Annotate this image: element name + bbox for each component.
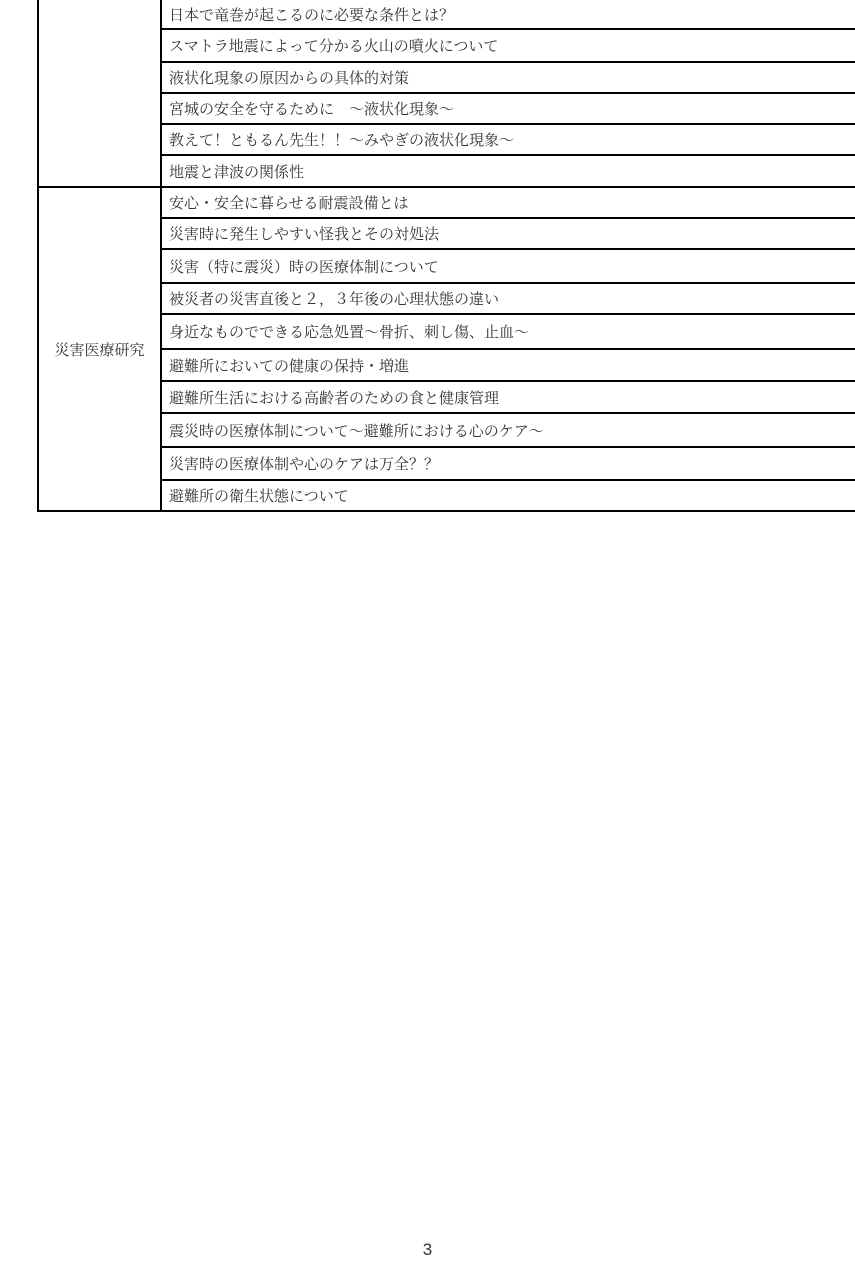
topic-cell: 災害（特に震災）時の医療体制について <box>161 249 855 283</box>
category-cell: 災害医療研究 <box>38 187 161 511</box>
table-row: 身近なものでできる応急処置～骨折、刺し傷、止血～ <box>38 314 855 349</box>
topic-cell: 災害時の医療体制や心のケアは万全？？ <box>161 447 855 480</box>
topic-cell: 避難所の衛生状態について <box>161 480 855 511</box>
table-row: 災害医療研究安心・安全に暮らせる耐震設備とは <box>38 187 855 218</box>
table-row: 液状化現象の原因からの具体的対策 <box>38 62 855 93</box>
topic-cell: 避難所生活における高齢者のための食と健康管理 <box>161 381 855 413</box>
table-row: 震災時の医療体制について～避難所における心のケア～ <box>38 413 855 447</box>
table-row: スマトラ地震によって分かる火山の噴火について <box>38 29 855 62</box>
topic-cell: 震災時の医療体制について～避難所における心のケア～ <box>161 413 855 447</box>
topic-cell: スマトラ地震によって分かる火山の噴火について <box>161 29 855 62</box>
research-topics-table: 日本で竜巻が起こるのに必要な条件とは？スマトラ地震によって分かる火山の噴火につい… <box>37 0 855 512</box>
table-row: 宮城の安全を守るために ～液状化現象～ <box>38 93 855 124</box>
table-row: 避難所においての健康の保持・増進 <box>38 349 855 381</box>
topic-cell: 安心・安全に暮らせる耐震設備とは <box>161 187 855 218</box>
table-row: 避難所の衛生状態について <box>38 480 855 511</box>
document-page: 日本で竜巻が起こるのに必要な条件とは？スマトラ地震によって分かる火山の噴火につい… <box>0 0 855 1273</box>
category-cell <box>38 0 161 187</box>
topic-cell: 身近なものでできる応急処置～骨折、刺し傷、止血～ <box>161 314 855 349</box>
topic-cell: 日本で竜巻が起こるのに必要な条件とは？ <box>161 0 855 29</box>
topic-cell: 宮城の安全を守るために ～液状化現象～ <box>161 93 855 124</box>
table-row: 地震と津波の関係性 <box>38 155 855 187</box>
page-number: 3 <box>0 1240 855 1260</box>
table-row: 災害（特に震災）時の医療体制について <box>38 249 855 283</box>
topic-cell: 被災者の災害直後と２，３年後の心理状態の違い <box>161 283 855 314</box>
topic-cell: 教えて！ともるん先生！！～みやぎの液状化現象～ <box>161 124 855 155</box>
research-topics-table-body: 日本で竜巻が起こるのに必要な条件とは？スマトラ地震によって分かる火山の噴火につい… <box>38 0 855 511</box>
table-row: 教えて！ともるん先生！！～みやぎの液状化現象～ <box>38 124 855 155</box>
topic-cell: 地震と津波の関係性 <box>161 155 855 187</box>
topic-cell: 液状化現象の原因からの具体的対策 <box>161 62 855 93</box>
topic-cell: 災害時に発生しやすい怪我とその対処法 <box>161 218 855 249</box>
table-row: 避難所生活における高齢者のための食と健康管理 <box>38 381 855 413</box>
table-row: 災害時に発生しやすい怪我とその対処法 <box>38 218 855 249</box>
table-row: 被災者の災害直後と２，３年後の心理状態の違い <box>38 283 855 314</box>
table-row: 災害時の医療体制や心のケアは万全？？ <box>38 447 855 480</box>
topic-cell: 避難所においての健康の保持・増進 <box>161 349 855 381</box>
table-row: 日本で竜巻が起こるのに必要な条件とは？ <box>38 0 855 29</box>
